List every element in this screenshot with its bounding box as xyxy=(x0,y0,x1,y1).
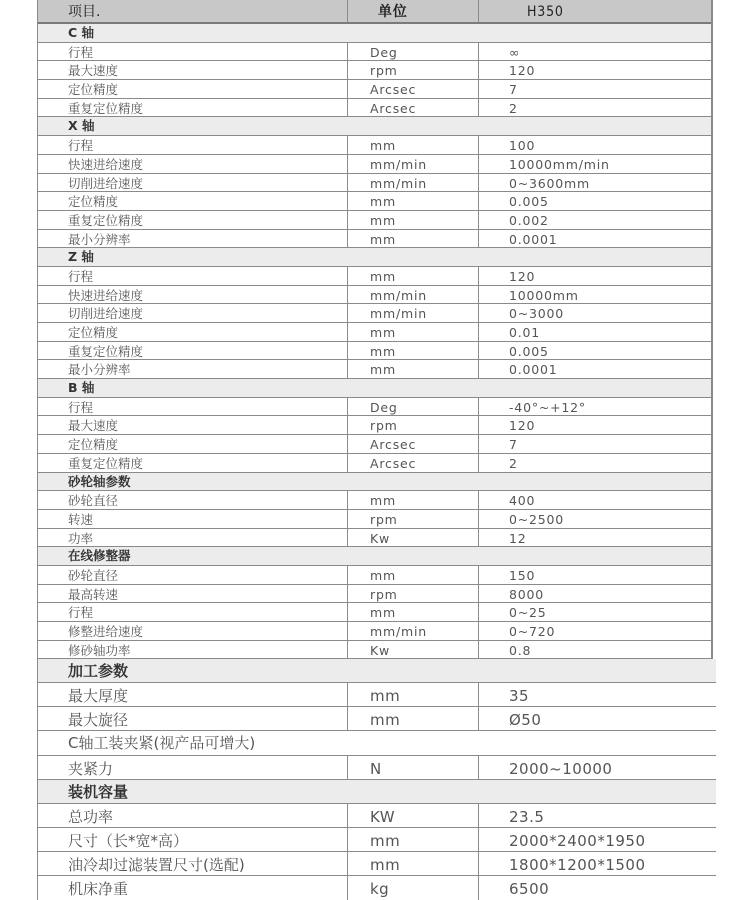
table-row: 油冷却过滤装置尺寸(选配) mm 1800*1200*1500 xyxy=(38,852,716,876)
section-processing: 加工参数 xyxy=(38,659,716,683)
section-header: C 轴 xyxy=(38,24,711,43)
row-unit: mm xyxy=(348,707,479,730)
table-row: 定位精度mm0.01 xyxy=(38,323,711,342)
spec-table-upper: 项目. 单位 H350 C 轴行程Deg∞最大速度rpm120定位精度Arcse… xyxy=(37,0,713,659)
table-row: 修整进给速度mm/min0~720 xyxy=(38,622,711,641)
row-unit: mm xyxy=(348,491,479,509)
table-row: 重复定位精度Arcsec2 xyxy=(38,454,711,473)
row-unit: rpm xyxy=(348,585,479,603)
header-unit: 单位 xyxy=(348,0,479,22)
row-value: 1800*1200*1500 xyxy=(479,852,716,875)
row-item: 定位精度 xyxy=(38,192,348,210)
table-row: 行程Deg-40°~+12° xyxy=(38,398,711,417)
row-item: 修砂轴功率 xyxy=(38,641,348,659)
row-value: 12 xyxy=(479,529,711,547)
row-unit: mm xyxy=(348,342,479,360)
upper-body: C 轴行程Deg∞最大速度rpm120定位精度Arcsec7重复定位精度Arcs… xyxy=(38,24,711,659)
row-value: 35 xyxy=(479,683,716,706)
row-value: 120 xyxy=(479,416,711,434)
table-row: 最高转速rpm8000 xyxy=(38,585,711,604)
row-value: -40°~+12° xyxy=(479,398,711,416)
row-unit: mm xyxy=(348,828,479,851)
table-row: 最大速度rpm120 xyxy=(38,416,711,435)
row-item: 最大速度 xyxy=(38,416,348,434)
row-unit: Deg xyxy=(348,398,479,416)
row-item: 总功率 xyxy=(38,804,348,827)
table-row: 转速rpm0~2500 xyxy=(38,510,711,529)
row-unit: kg xyxy=(348,876,479,900)
row-unit: mm xyxy=(348,360,479,378)
row-unit: mm/min xyxy=(348,155,479,173)
table-row: 定位精度mm0.005 xyxy=(38,192,711,211)
row-unit: Kw xyxy=(348,529,479,547)
row-value: 0~3000 xyxy=(479,304,711,322)
row-unit: mm/min xyxy=(348,304,479,322)
table-row: 行程mm0~25 xyxy=(38,603,711,622)
section-header: B 轴 xyxy=(38,379,711,398)
row-value: ∞ xyxy=(479,43,711,61)
table-row: 最大速度rpm120 xyxy=(38,61,711,80)
section-header: 砂轮轴参数 xyxy=(38,473,711,492)
table-row: 修砂轴功率Kw0.8 xyxy=(38,641,711,660)
table-row: 夹紧力 N 2000~10000 xyxy=(38,756,716,780)
row-item: 切削进给速度 xyxy=(38,174,348,192)
row-item: 砂轮直径 xyxy=(38,491,348,509)
row-unit: mm xyxy=(348,230,479,248)
row-item: 最大厚度 xyxy=(38,683,348,706)
row-value: 0.0001 xyxy=(479,230,711,248)
table-row: 切削进给速度mm/min0~3600mm xyxy=(38,174,711,193)
row-unit: Arcsec xyxy=(348,99,479,117)
row-value: 6500 xyxy=(479,876,716,900)
row-unit: mm/min xyxy=(348,286,479,304)
row-value: 150 xyxy=(479,566,711,584)
table-row: 功率Kw12 xyxy=(38,529,711,548)
clamp-note-row: C轴工装夹紧(视产品可增大) xyxy=(38,731,716,756)
row-unit: N xyxy=(348,756,479,779)
row-item: 行程 xyxy=(38,603,348,621)
row-value: 400 xyxy=(479,491,711,509)
row-item: 定位精度 xyxy=(38,80,348,98)
row-value: 0.005 xyxy=(479,192,711,210)
row-value: 0~25 xyxy=(479,603,711,621)
row-value: 100 xyxy=(479,136,711,154)
header-model: H350 xyxy=(479,0,711,22)
row-item: 定位精度 xyxy=(38,323,348,341)
table-row: 重复定位精度mm0.002 xyxy=(38,211,711,230)
row-item: 尺寸（长*宽*高） xyxy=(38,828,348,851)
row-value: 120 xyxy=(479,61,711,79)
table-row: 行程mm100 xyxy=(38,136,711,155)
row-unit: mm xyxy=(348,566,479,584)
row-item: 机床净重 xyxy=(38,876,348,900)
row-unit: mm/min xyxy=(348,174,479,192)
row-value: 7 xyxy=(479,435,711,453)
row-value: 0.01 xyxy=(479,323,711,341)
row-item: 最高转速 xyxy=(38,585,348,603)
row-unit: mm xyxy=(348,267,479,285)
table-row: 重复定位精度mm0.005 xyxy=(38,342,711,361)
row-unit: mm xyxy=(348,192,479,210)
row-unit: mm/min xyxy=(348,622,479,640)
row-value: 2 xyxy=(479,454,711,472)
row-item: 行程 xyxy=(38,398,348,416)
row-unit: mm xyxy=(348,683,479,706)
row-value: 0~3600mm xyxy=(479,174,711,192)
row-item: 油冷却过滤装置尺寸(选配) xyxy=(38,852,348,875)
row-item: 重复定位精度 xyxy=(38,99,348,117)
table-row: 砂轮直径mm400 xyxy=(38,491,711,510)
table-row: 总功率 KW 23.5 xyxy=(38,804,716,828)
row-item: 快速进给速度 xyxy=(38,155,348,173)
row-unit: rpm xyxy=(348,416,479,434)
row-value: Ø50 xyxy=(479,707,716,730)
table-row: 定位精度Arcsec7 xyxy=(38,80,711,99)
row-unit: rpm xyxy=(348,61,479,79)
row-unit: KW xyxy=(348,804,479,827)
header-item: 项目. xyxy=(38,0,348,22)
row-value: 0.005 xyxy=(479,342,711,360)
row-value: 2000*2400*1950 xyxy=(479,828,716,851)
row-item: 重复定位精度 xyxy=(38,342,348,360)
row-value: 8000 xyxy=(479,585,711,603)
row-item: 重复定位精度 xyxy=(38,211,348,229)
row-item: 最大旋径 xyxy=(38,707,348,730)
row-value: 2 xyxy=(479,99,711,117)
row-item: 行程 xyxy=(38,136,348,154)
row-value: 23.5 xyxy=(479,804,716,827)
row-value: 0.002 xyxy=(479,211,711,229)
row-item: 最小分辨率 xyxy=(38,360,348,378)
section-header: X 轴 xyxy=(38,117,711,136)
table-row: 定位精度Arcsec7 xyxy=(38,435,711,454)
row-item: 定位精度 xyxy=(38,435,348,453)
section-header: 在线修整器 xyxy=(38,547,711,566)
row-unit: rpm xyxy=(348,510,479,528)
table-row: 行程mm120 xyxy=(38,267,711,286)
table-row: 砂轮直径mm150 xyxy=(38,566,711,585)
section-header: Z 轴 xyxy=(38,248,711,267)
row-value: 120 xyxy=(479,267,711,285)
row-item: 修整进给速度 xyxy=(38,622,348,640)
row-unit: Kw xyxy=(348,641,479,659)
table-row: 机床净重 kg 6500 xyxy=(38,876,716,900)
row-value: 0~720 xyxy=(479,622,711,640)
row-item: 重复定位精度 xyxy=(38,454,348,472)
row-unit: Arcsec xyxy=(348,435,479,453)
spec-table-lower: 加工参数 最大厚度 mm 35 最大旋径 mm Ø50 C轴工装夹紧(视产品可增… xyxy=(37,659,716,900)
row-item: 快速进给速度 xyxy=(38,286,348,304)
row-unit: mm xyxy=(348,852,479,875)
row-value: 0~2500 xyxy=(479,510,711,528)
row-value: 0.8 xyxy=(479,641,711,659)
section-capacity: 装机容量 xyxy=(38,780,716,804)
table-row: 行程Deg∞ xyxy=(38,43,711,62)
table-row: 重复定位精度Arcsec2 xyxy=(38,99,711,118)
row-value: 10000mm/min xyxy=(479,155,711,173)
table-header: 项目. 单位 H350 xyxy=(38,0,711,24)
table-row: 最大旋径 mm Ø50 xyxy=(38,707,716,731)
row-value: 2000~10000 xyxy=(479,756,716,779)
table-row: 快速进给速度mm/min10000mm/min xyxy=(38,155,711,174)
row-unit: Arcsec xyxy=(348,80,479,98)
table-row: 快速进给速度mm/min10000mm xyxy=(38,286,711,305)
row-unit: Deg xyxy=(348,43,479,61)
row-unit: mm xyxy=(348,603,479,621)
table-row: 最小分辨率mm0.0001 xyxy=(38,360,711,379)
spec-table: 项目. 单位 H350 C 轴行程Deg∞最大速度rpm120定位精度Arcse… xyxy=(37,0,713,900)
row-unit: Arcsec xyxy=(348,454,479,472)
row-item: 行程 xyxy=(38,267,348,285)
row-item: 切削进给速度 xyxy=(38,304,348,322)
row-unit: mm xyxy=(348,211,479,229)
table-row: 切削进给速度mm/min0~3000 xyxy=(38,304,711,323)
row-item: 行程 xyxy=(38,43,348,61)
row-value: 7 xyxy=(479,80,711,98)
table-row: 最小分辨率mm0.0001 xyxy=(38,230,711,249)
row-value: 0.0001 xyxy=(479,360,711,378)
row-unit: mm xyxy=(348,323,479,341)
row-unit: mm xyxy=(348,136,479,154)
table-row: 最大厚度 mm 35 xyxy=(38,683,716,707)
row-item: 最大速度 xyxy=(38,61,348,79)
table-row: 尺寸（长*宽*高） mm 2000*2400*1950 xyxy=(38,828,716,852)
row-item: 功率 xyxy=(38,529,348,547)
row-item: 转速 xyxy=(38,510,348,528)
row-value: 10000mm xyxy=(479,286,711,304)
row-item: 夹紧力 xyxy=(38,756,348,779)
row-item: 砂轮直径 xyxy=(38,566,348,584)
row-item: 最小分辨率 xyxy=(38,230,348,248)
